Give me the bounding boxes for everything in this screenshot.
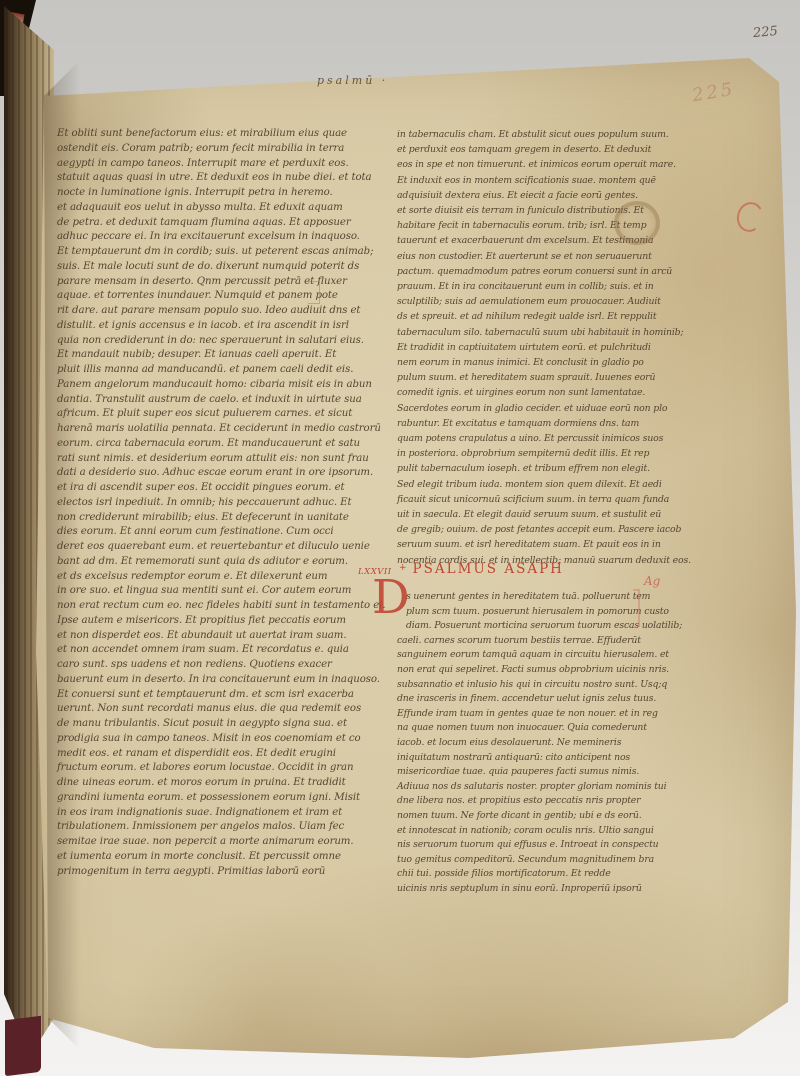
text-line: uerunt. Non sunt recordati manus eius. d… (57, 702, 373, 717)
text-line: Et tradidit in captiuitatem uirtutem eor… (397, 340, 649, 355)
right-text-column-upper: in tabernaculis cham. Et abstulit sicut … (397, 127, 649, 568)
text-line: iniquitatum nostrarū antiquarū: cito ant… (397, 751, 649, 766)
text-line: nocte in luminatione ignis. Interrupit p… (57, 186, 373, 201)
text-line: rabuntur. Et excitatus e tamquam dormien… (397, 416, 649, 431)
text-line: non crediderunt mirabilib; eius. Et defe… (57, 511, 373, 526)
text-line: grandini iumenta eorum. et possessionem … (57, 791, 373, 806)
text-line: aquae. et torrentes inundauer. Numquid e… (57, 289, 373, 304)
text-line: dies eorum. Et anni eorum cum festinatio… (57, 525, 373, 540)
text-line: nis seruorum tuorum qui effusus e. Intro… (397, 838, 649, 853)
text-line: africum. Et pluit super eos sicut puluer… (57, 407, 373, 422)
left-text-column: Et obliti sunt benefactorum eius: et mir… (57, 127, 373, 879)
text-line: plum scm tuum. posuerunt hierusalem in p… (406, 605, 649, 620)
text-line: caeli. carnes scorum tuorum bestiis terr… (397, 634, 649, 649)
text-line: in tabernaculis cham. Et abstulit sicut … (397, 127, 649, 142)
text-line: et iumenta eorum in morte conclusit. Et … (57, 850, 373, 865)
text-line: eius non custodier. Et auerterunt se et … (397, 249, 649, 264)
text-line: tuo gemitus compeditorū. Secundum magnit… (397, 853, 649, 868)
text-line: Effunde iram tuam in gentes quae te non … (397, 707, 649, 722)
text-line: in posteriora. obprobrium sempiternū ded… (397, 446, 649, 461)
text-line: dantia. Transtulit austrum de caelo. et … (57, 393, 373, 408)
text-line: de manu tribulantis. Sicut posuit in aeg… (57, 717, 373, 732)
text-line: non erat qui sepeliret. Facti sumus obpr… (397, 663, 649, 678)
text-line: adhuc peccare ei. In ira excitauerunt ex… (57, 230, 373, 245)
right-text-column-lower: s uenerunt gentes in hereditatem tuā. po… (397, 590, 649, 896)
text-line: et ira di ascendit super eos. Et occidit… (57, 481, 373, 496)
marginal-quire-mark: Ag (644, 574, 660, 588)
text-line: rati sunt nimis. et desiderium eorum att… (57, 452, 373, 467)
text-line: deret eos quaerebant eum. et reuertebant… (57, 540, 373, 555)
text-line: semitae irae suae. non pepercit a morte … (57, 835, 373, 850)
rubric-title: PSALMUS ASAPH (413, 561, 564, 577)
text-line: pluit illis manna ad manducandū. et pane… (57, 363, 373, 378)
text-line: suis. Et male locuti sunt de do. dixerun… (57, 260, 373, 275)
text-line: ds et spreuit. et ad nihilum redegit ual… (397, 309, 649, 324)
text-line: pulit tabernaculum ioseph. et tribum eff… (397, 461, 649, 476)
red-margin-tick-mark (633, 589, 640, 627)
text-line: in eos iram indignationis suae. Indignat… (57, 806, 373, 821)
text-line: et adaquauit eos uelut in abysso multa. … (57, 201, 373, 216)
text-line: fructum eorum. et labores eorum locustae… (57, 761, 373, 776)
text-line: Ipse autem e misericors. Et propitius fi… (57, 614, 373, 629)
text-line: Et obliti sunt benefactorum eius: et mir… (57, 127, 373, 142)
text-line: misericordiae tuae. quia pauperes facti … (397, 765, 649, 780)
running-title: psalmū · (317, 74, 388, 87)
text-line: pactum. quemadmodum patres eorum conuers… (397, 264, 649, 279)
text-line: uicinis nris septuplum in sinu eorū. Inp… (397, 882, 649, 897)
text-line: sculptilib; suis ad aemulationem eum pro… (397, 294, 649, 309)
text-line: na quae nomen tuum non inuocauer. Quia c… (397, 721, 649, 736)
text-line: dine uineas eorum. et moros eorum in pru… (57, 776, 373, 791)
text-line: uit in saecula. Et elegit dauid seruum s… (397, 507, 649, 522)
book-cover-edge (5, 1016, 41, 1076)
text-line: chii tui. posside filios mortificatorum.… (397, 867, 649, 882)
text-line: et non accendet omnem iram suam. Et reco… (57, 643, 373, 658)
text-line: ostendit eis. Coram patrib; eorum fecit … (57, 142, 373, 157)
text-line: distulit. et ignis accensus e in iacob. … (57, 319, 373, 334)
text-line: eos in spe et non timuerunt. et inimicos… (397, 157, 649, 172)
text-line: quam potens crapulatus a uino. Et percus… (397, 431, 649, 446)
text-line: diam. Posuerunt morticina seruorum tuoru… (406, 619, 649, 634)
manuscript-photo: { "colors": { "rubric-red": "#bf4433", "… (0, 0, 800, 1076)
text-line: comedit ignis. et uirgines eorum non sun… (397, 385, 649, 400)
text-line: aegypti in campo taneos. Interrupit mare… (57, 157, 373, 172)
text-line: et non disperdet eos. Et abundauit ut au… (57, 629, 373, 644)
text-line: et ds excelsus redemptor eorum e. Et dil… (57, 570, 373, 585)
text-line: dne libera nos. et propitius esto peccat… (397, 794, 649, 809)
text-line: in ore suo. et lingua sua mentiti sunt e… (57, 584, 373, 599)
text-line: parare mensam in deserto. Qnm percussit … (57, 275, 373, 290)
text-line: sanguinem eorum tamquā aquam in circuitu… (397, 648, 649, 663)
red-margin-bracket-mark (308, 281, 320, 304)
text-line: Et conuersi sunt et temptauerunt dm. et … (57, 688, 373, 703)
text-line: Panem angelorum manducauit homo: cibaria… (57, 378, 373, 393)
text-line: Sacerdotes eorum in gladio cecider. et u… (397, 401, 649, 416)
text-line: tabernaculum silo. tabernaculū suum ubi … (397, 325, 649, 340)
text-line: nomen tuum. Ne forte dicant in gentib; u… (397, 809, 649, 824)
text-line: et perduxit eos tamquam gregem in desert… (397, 142, 649, 157)
text-line: et innotescat in nationib; coram oculis … (397, 824, 649, 839)
text-line: harenā maris uolatilia pennata. Et cecid… (57, 422, 373, 437)
text-line: Sed elegit tribum iuda. montem sion quem… (397, 477, 649, 492)
text-line: primogenitum in terra aegypti. Primitias… (57, 865, 373, 880)
text-line: subsannatio et inlusio his qui in circui… (397, 678, 649, 693)
text-line: habitare fecit in tabernaculis eorum. tr… (397, 218, 649, 233)
text-line: Et mandauit nubib; desuper. Et ianuas ca… (57, 348, 373, 363)
text-line: prodigia sua in campo taneos. Misit in e… (57, 732, 373, 747)
text-line: tauerunt et exacerbauerunt dm excelsum. … (397, 233, 649, 248)
text-line: dati a desiderio suo. Adhuc escae eorum … (57, 466, 373, 481)
text-line: non erat rectum cum eo. nec fideles habi… (57, 599, 373, 614)
text-line: pulum suum. et hereditatem suam sprauit.… (397, 370, 649, 385)
folio-number: 225 (752, 24, 778, 41)
text-line: tribulationem. Inmissionem per angelos m… (57, 820, 373, 835)
text-line: prauum. Et in ira concitauerunt eum in c… (397, 279, 649, 294)
psalm-rubric: +PSALMUS ASAPH (399, 561, 564, 577)
text-line: Adiuua nos ds salutaris noster. propter … (397, 780, 649, 795)
text-line: iacob. et locum eius desolauerunt. Ne me… (397, 736, 649, 751)
text-line: de gregib; ouium. de post fetantes accep… (397, 522, 649, 537)
ring-stain (614, 201, 660, 245)
text-line: ficauit sicut unicornuū scificium suum. … (397, 492, 649, 507)
text-line: medit eos. et ranam et disperdidit eos. … (57, 747, 373, 762)
text-line: eorum. circa tabernacula eorum. Et mandu… (57, 437, 373, 452)
text-line: bauerunt eum in deserto. In ira concitau… (57, 673, 373, 688)
text-line: de petra. et deduxit tamquam flumina aqu… (57, 216, 373, 231)
text-line: rit dare. aut parare mensam populo suo. … (57, 304, 373, 319)
text-line: adquisiuit dextera eius. Et eiecit a fac… (397, 188, 649, 203)
text-line: et sorte diuisit eis terram in funiculo … (397, 203, 649, 218)
text-line: bant ad dm. Et rememorati sunt quia ds a… (57, 555, 373, 570)
text-line: seruum suum. et isrl hereditatem suam. E… (397, 537, 649, 552)
text-line: s uenerunt gentes in hereditatem tuā. po… (406, 590, 649, 605)
text-line: Et induxit eos in montem scificationis s… (397, 173, 649, 188)
text-line: statuit aquas quasi in utre. Et deduxit … (57, 171, 373, 186)
text-line: nem eorum in manus inimici. Et conclusit… (397, 355, 649, 370)
text-line: Et temptauerunt dm in cordib; suis. ut p… (57, 245, 373, 260)
text-line: electos isrl inpediuit. In omnib; his pe… (57, 496, 373, 511)
text-line: caro sunt. sps uadens et non rediens. Qu… (57, 658, 373, 673)
text-line: quia non crediderunt in do: nec sperauer… (57, 334, 373, 349)
text-line: dne irasceris in finem. accendetur uelut… (397, 692, 649, 707)
